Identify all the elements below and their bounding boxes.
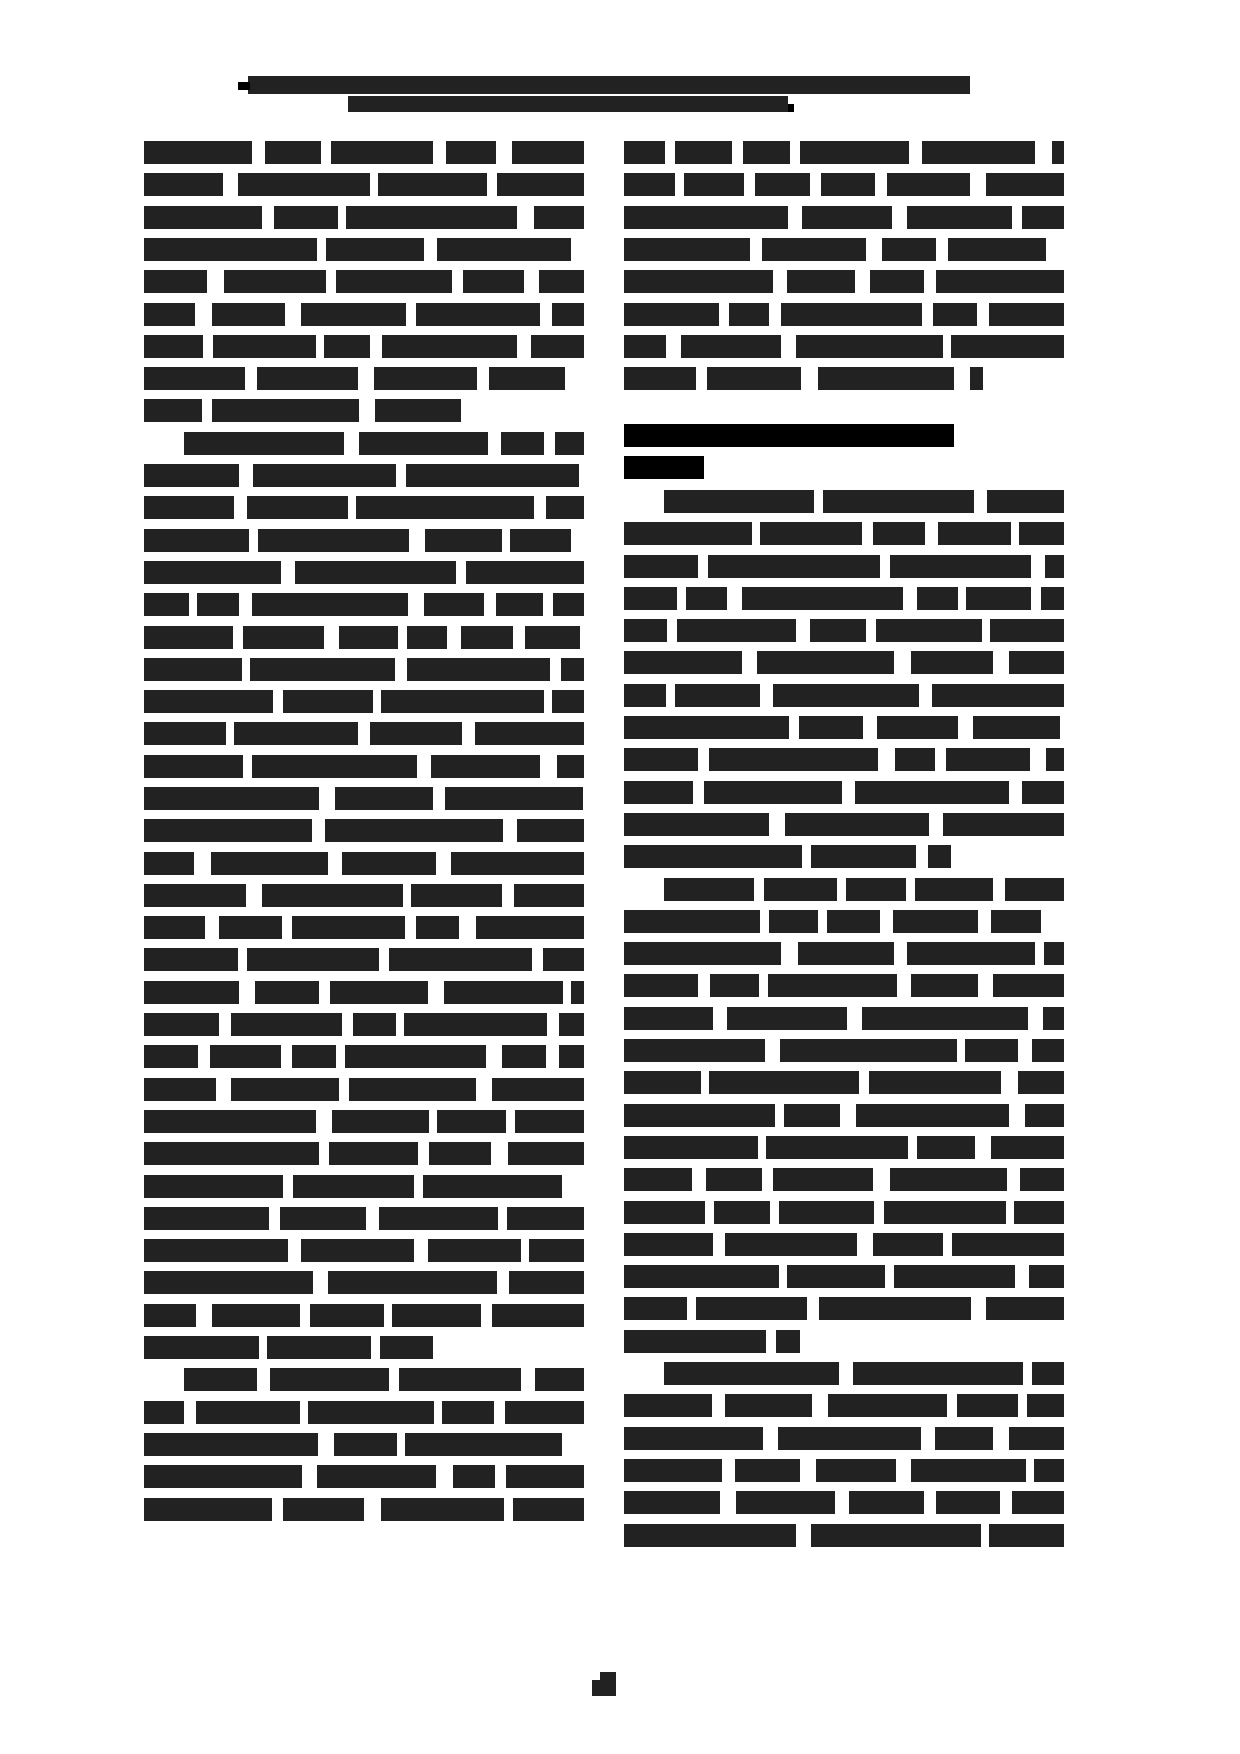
right-body-paragraph-2-line <box>1044 942 1064 965</box>
right-paragraph-1-line <box>762 238 866 261</box>
right-body-paragraph-1-line <box>624 748 698 771</box>
left-paragraph-2-line <box>144 852 194 875</box>
left-paragraph-3-line <box>405 1433 562 1456</box>
right-body-paragraph-2-line <box>706 1168 762 1191</box>
left-paragraph-2-line <box>424 593 484 616</box>
right-body-paragraph-2-line <box>710 974 759 997</box>
left-paragraph-1-line <box>331 141 433 164</box>
left-paragraph-2-line <box>144 916 205 939</box>
right-body-paragraph-1-line <box>973 716 1060 739</box>
right-body-paragraph-1-line <box>987 490 1064 513</box>
right-body-paragraph-2-line <box>624 1168 692 1191</box>
left-paragraph-1-line <box>437 238 571 261</box>
right-body-paragraph-2-line <box>725 1233 857 1256</box>
left-paragraph-1-line <box>374 367 477 390</box>
left-paragraph-2-line <box>461 626 513 649</box>
right-body-paragraph-1-line <box>624 555 698 578</box>
right-body-paragraph-1-line <box>624 813 769 836</box>
right-paragraph-1-line <box>907 206 1012 229</box>
left-paragraph-2-line <box>255 981 319 1004</box>
right-body-paragraph-3-line <box>725 1394 812 1417</box>
left-paragraph-2-line <box>496 593 543 616</box>
right-body-paragraph-2-line <box>1029 1265 1064 1288</box>
right-paragraph-1-line <box>675 141 732 164</box>
right-body-paragraph-1-line <box>709 748 878 771</box>
right-body-paragraph-2-line <box>624 1007 713 1030</box>
right-body-paragraph-2-line <box>952 1233 1064 1256</box>
right-body-paragraph-2-line <box>624 974 698 997</box>
left-paragraph-2-line <box>144 1336 259 1359</box>
right-body-paragraph-1-line <box>624 845 802 868</box>
left-paragraph-2-line <box>543 948 584 971</box>
right-body-paragraph-1-line <box>946 748 1030 771</box>
right-body-paragraph-1-line <box>1022 781 1064 804</box>
left-paragraph-2-line <box>561 658 584 681</box>
right-body-paragraph-2-line <box>773 1168 873 1191</box>
right-paragraph-1-line <box>989 303 1064 326</box>
left-paragraph-2-line <box>295 561 456 584</box>
right-paragraph-1-line <box>624 238 750 261</box>
left-paragraph-1-line <box>238 173 370 196</box>
right-body-paragraph-3-line <box>989 1524 1064 1547</box>
right-body-paragraph-2-line <box>696 1297 807 1320</box>
right-body-paragraph-3-line <box>624 1394 712 1417</box>
right-paragraph-1-line <box>624 335 666 358</box>
right-paragraph-1-line <box>870 270 924 293</box>
left-paragraph-1-line <box>144 173 223 196</box>
left-paragraph-2-line <box>406 464 579 487</box>
right-body-paragraph-3-line <box>849 1491 924 1514</box>
left-paragraph-2-line <box>280 1207 366 1230</box>
right-body-paragraph-3-line <box>853 1362 1023 1385</box>
section-heading-bar <box>624 424 954 447</box>
left-paragraph-2-line <box>332 1110 429 1133</box>
right-body-paragraph-2-line <box>1032 1039 1064 1062</box>
left-paragraph-1-line <box>144 367 245 390</box>
left-paragraph-2-line <box>451 852 584 875</box>
right-body-paragraph-3-line <box>828 1394 947 1417</box>
right-body-paragraph-1-line <box>1019 522 1064 545</box>
right-body-paragraph-3-line <box>811 1524 981 1547</box>
right-body-paragraph-1-line <box>760 522 862 545</box>
left-paragraph-2-line <box>356 496 534 519</box>
left-paragraph-2-line <box>517 819 584 842</box>
right-body-paragraph-1-line <box>932 684 1064 707</box>
right-body-paragraph-1-line <box>742 587 903 610</box>
right-body-paragraph-2-line <box>624 1330 766 1353</box>
right-paragraph-1-line <box>1022 206 1064 229</box>
left-paragraph-2-line <box>144 1207 269 1230</box>
left-paragraph-2-line <box>197 593 239 616</box>
right-body-paragraph-1-line <box>624 619 667 642</box>
left-paragraph-1-line <box>274 206 338 229</box>
left-paragraph-3-line <box>505 1401 584 1424</box>
left-paragraph-2-line <box>492 1078 584 1101</box>
right-body-paragraph-1-line <box>938 522 1011 545</box>
right-paragraph-1-line <box>882 238 936 261</box>
right-body-paragraph-1-line <box>990 619 1064 642</box>
right-body-paragraph-1-line <box>823 490 974 513</box>
right-body-paragraph-3-line <box>735 1459 800 1482</box>
left-paragraph-2-line <box>508 1142 584 1165</box>
left-paragraph-3-line <box>283 1498 364 1521</box>
right-paragraph-1-line <box>781 303 922 326</box>
left-paragraph-2-line <box>144 658 242 681</box>
right-body-paragraph-2-line <box>1025 1104 1064 1127</box>
left-paragraph-3-line <box>334 1433 397 1456</box>
right-body-paragraph-2-line <box>993 974 1064 997</box>
left-paragraph-2-line <box>144 981 239 1004</box>
right-body-paragraph-1-line <box>708 555 880 578</box>
right-paragraph-1-line <box>986 173 1064 196</box>
left-paragraph-1-line <box>531 335 584 358</box>
left-paragraph-2-line <box>144 1271 313 1294</box>
right-body-paragraph-1-line <box>928 845 951 868</box>
right-body-paragraph-1-line <box>675 684 760 707</box>
right-paragraph-1-line <box>948 238 1046 261</box>
left-paragraph-2-line <box>310 1304 384 1327</box>
right-body-paragraph-2-line <box>624 910 760 933</box>
left-paragraph-1-line <box>257 367 358 390</box>
left-paragraph-1-line <box>539 270 584 293</box>
right-body-paragraph-1-line <box>911 651 993 674</box>
right-body-paragraph-2-line <box>624 1297 687 1320</box>
left-paragraph-2-line <box>144 1078 216 1101</box>
right-body-paragraph-3-line <box>957 1394 1018 1417</box>
left-paragraph-3-line <box>144 1401 184 1424</box>
left-paragraph-2-line <box>359 432 488 455</box>
right-paragraph-1-line <box>624 141 665 164</box>
left-paragraph-1-line <box>552 303 584 326</box>
left-paragraph-2-line <box>339 626 398 649</box>
left-paragraph-2-line <box>552 690 584 713</box>
right-body-paragraph-2-line <box>869 1071 1001 1094</box>
left-paragraph-2-line <box>380 1336 433 1359</box>
right-body-paragraph-2-line <box>624 1201 705 1224</box>
left-paragraph-2-line <box>144 1013 219 1036</box>
left-paragraph-2-line <box>407 658 550 681</box>
right-paragraph-1-line <box>818 367 954 390</box>
right-body-paragraph-2-line <box>965 1039 1018 1062</box>
right-body-paragraph-1-line <box>624 587 677 610</box>
right-body-paragraph-2-line <box>624 1104 775 1127</box>
left-paragraph-2-line <box>428 1239 521 1262</box>
left-paragraph-2-line <box>144 464 239 487</box>
left-paragraph-1-line <box>375 399 461 422</box>
right-body-paragraph-3-line <box>624 1524 796 1547</box>
right-body-paragraph-2-line <box>624 1039 765 1062</box>
right-body-paragraph-2-line <box>779 1201 874 1224</box>
left-paragraph-2-line <box>559 1045 584 1068</box>
right-paragraph-1-line <box>796 335 943 358</box>
right-body-paragraph-2-line <box>846 878 906 901</box>
right-body-paragraph-2-line <box>1005 878 1064 901</box>
left-paragraph-2-line <box>437 1110 506 1133</box>
left-paragraph-1-line <box>534 206 584 229</box>
left-paragraph-2-line <box>252 593 408 616</box>
right-body-paragraph-1-line <box>785 813 929 836</box>
right-body-paragraph-2-line <box>915 878 993 901</box>
right-body-paragraph-2-line <box>893 910 978 933</box>
right-body-paragraph-2-line <box>917 1136 975 1159</box>
right-body-paragraph-1-line <box>943 813 1064 836</box>
left-paragraph-2-line <box>509 1271 584 1294</box>
right-body-paragraph-2-line <box>787 1265 885 1288</box>
left-paragraph-2-line <box>243 626 324 649</box>
left-paragraph-2-line <box>144 561 281 584</box>
left-paragraph-2-line <box>144 529 249 552</box>
left-paragraph-1-line <box>416 303 540 326</box>
right-body-paragraph-2-line <box>624 942 781 965</box>
right-paragraph-1-line <box>681 335 781 358</box>
left-paragraph-2-line <box>144 1239 288 1262</box>
left-paragraph-2-line <box>258 529 409 552</box>
left-paragraph-2-line <box>492 1304 584 1327</box>
left-paragraph-1-line <box>346 206 517 229</box>
right-body-paragraph-2-line <box>764 878 837 901</box>
left-paragraph-2-line <box>345 1045 486 1068</box>
right-body-paragraph-1-line <box>677 619 796 642</box>
right-body-paragraph-2-line <box>911 974 978 997</box>
right-body-paragraph-1-line <box>757 651 894 674</box>
left-paragraph-2-line <box>571 981 584 1004</box>
right-body-paragraph-1-line <box>873 522 925 545</box>
right-body-paragraph-2-line <box>991 1136 1064 1159</box>
left-paragraph-2-line <box>514 884 584 907</box>
right-body-paragraph-1-line <box>1046 748 1064 771</box>
right-body-paragraph-2-line <box>766 1136 908 1159</box>
right-body-paragraph-1-line <box>966 587 1031 610</box>
left-paragraph-1-line <box>512 141 584 164</box>
left-paragraph-1-line <box>144 206 262 229</box>
right-paragraph-1-line <box>1052 141 1064 164</box>
left-paragraph-2-line <box>144 1045 198 1068</box>
left-paragraph-2-line <box>353 1013 396 1036</box>
right-body-paragraph-2-line <box>1020 1168 1064 1191</box>
left-paragraph-3-line <box>308 1401 434 1424</box>
right-body-paragraph-1-line <box>624 651 742 674</box>
left-paragraph-2-line <box>335 787 433 810</box>
right-body-paragraph-3-line <box>624 1427 763 1450</box>
right-body-paragraph-2-line <box>819 1297 971 1320</box>
subheading-bar <box>624 456 704 479</box>
left-paragraph-1-line <box>144 335 203 358</box>
right-paragraph-1-line <box>933 303 977 326</box>
left-paragraph-2-line <box>231 1078 339 1101</box>
right-paragraph-1-line <box>624 303 719 326</box>
right-paragraph-1-line <box>707 367 801 390</box>
left-paragraph-2-line <box>283 690 373 713</box>
right-paragraph-1-line <box>755 173 810 196</box>
left-paragraph-2-line <box>219 916 282 939</box>
right-body-paragraph-1-line <box>664 490 814 513</box>
left-paragraph-2-line <box>144 496 234 519</box>
left-paragraph-2-line <box>144 722 226 745</box>
left-paragraph-2-line <box>325 819 503 842</box>
right-paragraph-1-line <box>743 141 790 164</box>
right-paragraph-1-line <box>936 270 1064 293</box>
left-paragraph-2-line <box>444 981 563 1004</box>
right-body-paragraph-3-line <box>664 1362 839 1385</box>
right-body-paragraph-2-line <box>727 1007 847 1030</box>
right-body-paragraph-2-line <box>624 1265 779 1288</box>
left-paragraph-2-line <box>507 1207 584 1230</box>
left-paragraph-2-line <box>370 722 462 745</box>
left-paragraph-2-line <box>546 496 584 519</box>
left-paragraph-2-line <box>144 626 233 649</box>
left-paragraph-2-line <box>501 432 544 455</box>
right-body-paragraph-1-line <box>799 716 863 739</box>
left-paragraph-3-line <box>144 1498 272 1521</box>
left-paragraph-1-line <box>144 303 195 326</box>
right-body-paragraph-1-line <box>855 781 1009 804</box>
right-body-paragraph-2-line <box>768 974 897 997</box>
right-paragraph-1-line <box>951 335 1064 358</box>
left-paragraph-3-line <box>144 1433 318 1456</box>
document-page: [illegible running header, line 1] [ille… <box>0 0 1240 1754</box>
right-body-paragraph-2-line <box>1018 1071 1064 1094</box>
left-paragraph-3-line <box>317 1465 436 1488</box>
left-paragraph-2-line <box>342 852 436 875</box>
left-paragraph-2-line <box>253 464 396 487</box>
left-paragraph-1-line <box>265 141 321 164</box>
right-body-paragraph-2-line <box>624 1071 701 1094</box>
left-paragraph-2-line <box>466 561 584 584</box>
left-paragraph-1-line <box>446 141 496 164</box>
left-paragraph-2-line <box>404 1013 547 1036</box>
left-paragraph-1-line <box>326 238 424 261</box>
left-paragraph-3-line <box>270 1368 389 1391</box>
right-body-paragraph-2-line <box>769 910 818 933</box>
left-paragraph-2-line <box>411 884 502 907</box>
left-paragraph-2-line <box>144 755 243 778</box>
right-body-paragraph-3-line <box>1009 1427 1064 1450</box>
right-paragraph-1-line <box>624 173 675 196</box>
left-paragraph-2-line <box>379 1207 498 1230</box>
left-paragraph-1-line <box>301 303 406 326</box>
header-line-2-tail <box>788 104 794 112</box>
left-paragraph-3-line <box>184 1368 257 1391</box>
left-paragraph-2-line <box>389 948 532 971</box>
left-paragraph-2-line <box>529 1239 584 1262</box>
left-paragraph-2-line <box>475 722 584 745</box>
left-paragraph-2-line <box>144 948 238 971</box>
right-paragraph-1-line <box>787 270 855 293</box>
left-paragraph-2-line <box>416 916 459 939</box>
left-paragraph-3-line <box>453 1465 495 1488</box>
left-paragraph-2-line <box>262 884 403 907</box>
right-body-paragraph-2-line <box>986 1297 1064 1320</box>
right-paragraph-1-line <box>970 367 983 390</box>
left-paragraph-2-line <box>557 755 584 778</box>
left-paragraph-2-line <box>431 755 540 778</box>
right-body-paragraph-3-line <box>736 1491 835 1514</box>
right-paragraph-1-line <box>624 206 788 229</box>
left-paragraph-1-line <box>378 173 487 196</box>
left-paragraph-1-line <box>212 399 359 422</box>
right-paragraph-1-line <box>821 173 875 196</box>
right-body-paragraph-1-line <box>877 716 958 739</box>
right-body-paragraph-1-line <box>1045 555 1064 578</box>
left-paragraph-2-line <box>144 884 246 907</box>
right-body-paragraph-1-line <box>917 587 958 610</box>
right-paragraph-1-line <box>887 173 970 196</box>
right-body-paragraph-3-line <box>936 1491 1000 1514</box>
left-paragraph-1-line <box>224 270 326 293</box>
left-paragraph-3-line <box>513 1498 584 1521</box>
right-paragraph-1-line <box>729 303 769 326</box>
left-paragraph-2-line <box>231 1013 342 1036</box>
right-body-paragraph-1-line <box>624 684 666 707</box>
left-paragraph-2-line <box>144 819 312 842</box>
left-paragraph-3-line <box>535 1368 584 1391</box>
left-paragraph-2-line <box>381 690 544 713</box>
right-body-paragraph-3-line <box>624 1491 720 1514</box>
left-paragraph-2-line <box>330 981 428 1004</box>
right-paragraph-1-line <box>802 206 892 229</box>
left-paragraph-2-line <box>510 529 571 552</box>
left-paragraph-2-line <box>250 658 395 681</box>
left-paragraph-2-line <box>445 787 583 810</box>
left-paragraph-2-line <box>144 1304 196 1327</box>
right-body-paragraph-3-line <box>1032 1362 1064 1385</box>
left-paragraph-2-line <box>555 432 584 455</box>
left-paragraph-2-line <box>429 1142 491 1165</box>
left-paragraph-2-line <box>423 1175 562 1198</box>
header-line-1 <box>248 76 970 94</box>
right-body-paragraph-2-line <box>784 1104 840 1127</box>
left-paragraph-2-line <box>301 1239 414 1262</box>
right-body-paragraph-1-line <box>773 684 919 707</box>
right-body-paragraph-2-line <box>709 1071 859 1094</box>
left-paragraph-1-line <box>382 335 517 358</box>
left-paragraph-1-line <box>497 173 584 196</box>
right-body-paragraph-3-line <box>624 1459 722 1482</box>
left-paragraph-2-line <box>329 1142 418 1165</box>
left-paragraph-3-line <box>399 1368 521 1391</box>
right-body-paragraph-1-line <box>1041 587 1064 610</box>
left-paragraph-1-line <box>144 270 207 293</box>
right-body-paragraph-1-line <box>624 716 789 739</box>
right-paragraph-1-line <box>624 367 696 390</box>
header-line-2b <box>420 96 788 112</box>
left-paragraph-2-line <box>144 787 319 810</box>
left-paragraph-1-line <box>489 367 565 390</box>
right-body-paragraph-2-line <box>894 1265 1015 1288</box>
left-paragraph-2-line <box>392 1304 481 1327</box>
right-paragraph-1-line <box>684 173 744 196</box>
left-paragraph-2-line <box>476 916 584 939</box>
left-paragraph-2-line <box>144 690 273 713</box>
right-body-paragraph-1-line <box>811 845 916 868</box>
right-body-paragraph-2-line <box>827 910 880 933</box>
left-paragraph-2-line <box>293 1175 414 1198</box>
right-body-paragraph-3-line <box>1012 1491 1064 1514</box>
right-paragraph-1-line <box>800 141 909 164</box>
right-body-paragraph-1-line <box>704 781 842 804</box>
left-paragraph-3-line <box>144 1465 302 1488</box>
left-paragraph-2-line <box>328 1271 497 1294</box>
left-paragraph-2-line <box>502 1045 546 1068</box>
right-body-paragraph-2-line <box>856 1104 1009 1127</box>
left-paragraph-2-line <box>553 593 584 616</box>
left-paragraph-2-line <box>407 626 447 649</box>
right-body-paragraph-2-line <box>1014 1201 1064 1224</box>
left-paragraph-2-line <box>252 755 417 778</box>
right-body-paragraph-3-line <box>1027 1394 1064 1417</box>
right-body-paragraph-1-line <box>1009 651 1064 674</box>
left-paragraph-1-line <box>324 335 370 358</box>
